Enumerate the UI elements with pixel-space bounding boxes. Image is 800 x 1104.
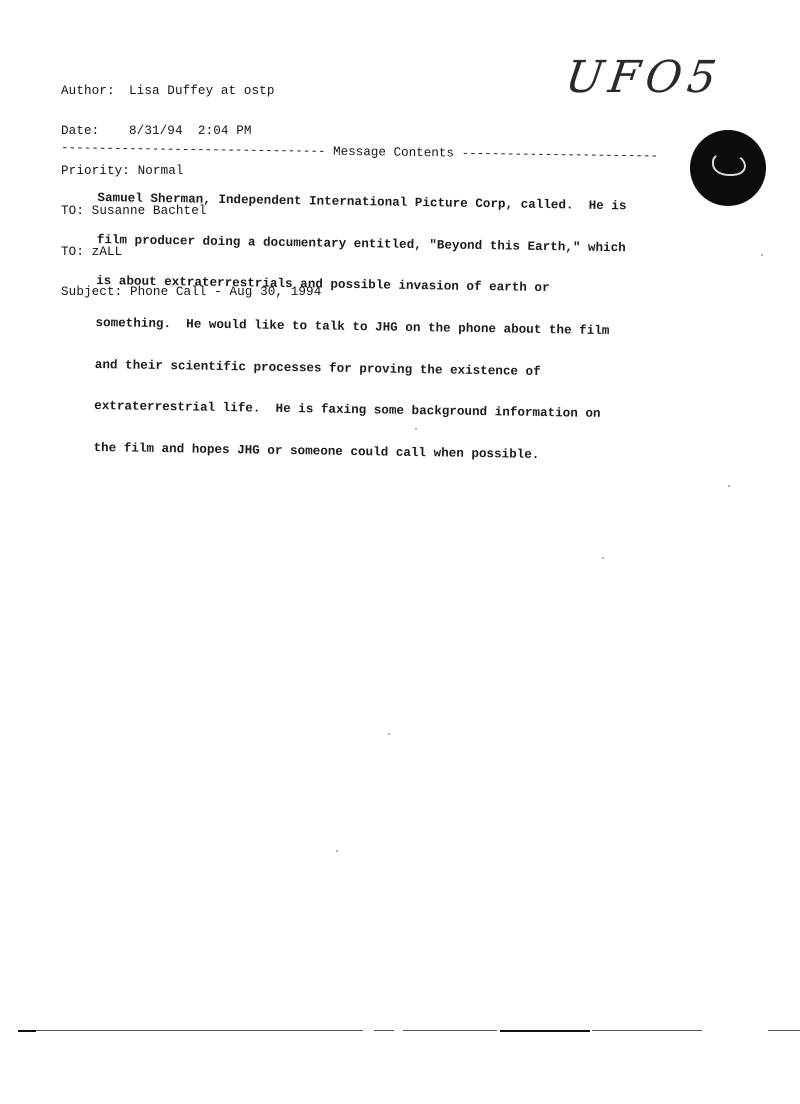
separator-label: Message Contents (333, 145, 454, 161)
scan-speck (728, 485, 730, 487)
message-line: is about extraterrestrials and possible … (96, 275, 656, 298)
scan-speck (388, 733, 390, 735)
footer-rule (403, 1030, 497, 1031)
scan-speck (415, 428, 417, 430)
footer-rule (36, 1030, 363, 1031)
message-line: film producer doing a documentary entitl… (97, 234, 657, 257)
hole-punch-mark (690, 130, 766, 206)
footer-rule (18, 1030, 36, 1032)
stamp-squiggle-icon (712, 152, 746, 176)
message-line: something. He would like to talk to JHG … (95, 317, 655, 340)
to-label: TO: (61, 246, 84, 259)
author-label: Author: (61, 85, 129, 98)
scan-speck (602, 557, 604, 559)
handwritten-file-code: UFO5 (562, 52, 725, 103)
footer-rule (768, 1030, 800, 1031)
to-label: TO: (61, 205, 84, 218)
scan-speck (336, 850, 338, 852)
message-line: and their scientific processes for provi… (95, 359, 655, 382)
footer-rule (500, 1030, 590, 1032)
message-line: Samuel Sherman, Independent Internationa… (97, 192, 657, 215)
date-row: Date:8/31/94 2:04 PM (61, 125, 321, 138)
message-line: extraterrestrial life. He is faxing some… (94, 400, 654, 423)
date-value: 8/31/94 2:04 PM (129, 124, 252, 138)
author-value: Lisa Duffey at ostp (129, 84, 275, 98)
message-line: the film and hopes JHG or someone could … (93, 442, 653, 465)
footer-rule (592, 1030, 702, 1031)
separator-dashes-right: -------------------------- (461, 147, 658, 164)
scan-speck (761, 254, 763, 256)
message-body: Samuel Sherman, Independent Internationa… (93, 164, 658, 479)
author-row: Author:Lisa Duffey at ostp (61, 85, 321, 98)
footer-rule (374, 1030, 394, 1031)
date-label: Date: (61, 125, 129, 138)
